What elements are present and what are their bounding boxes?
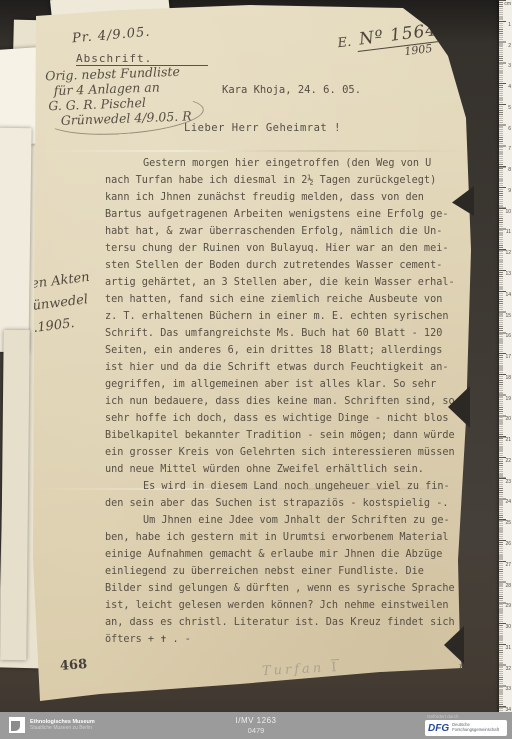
ruler-number: 26	[503, 541, 511, 547]
paper-crease	[36, 150, 466, 152]
letter-body-line: an, dass es christl. Literatur ist. Das …	[105, 614, 477, 631]
scanned-letter-photograph: Pr. 4/9.05. Abschrift. Orig. nebst Fundl…	[0, 0, 512, 739]
ruler-number: 21	[503, 437, 511, 443]
ruler-number: 32	[503, 666, 511, 672]
ruler-number: 27	[503, 562, 511, 568]
ruler-number: 8	[503, 167, 511, 173]
ruler-number: 9	[503, 188, 511, 194]
letter-body-line: artig gehärtet, an 3 Stellen aber, die k…	[105, 274, 477, 291]
letter-body-line: den sein aber das Suchen ist strapaziös …	[105, 495, 477, 512]
letter-body-line: gegriffen, im allgemeinen aber ist alles…	[105, 376, 477, 393]
letter-body-line: tersu chung der Ruinen von Bulayuq. Hier…	[105, 240, 477, 257]
letter-body-line: Bibelkapitel bekannter Tradition - sein …	[105, 427, 477, 444]
letter-body-line: einliegend zu überreichen nebst einer Fu…	[105, 563, 477, 580]
ruler-number: 28	[503, 583, 511, 589]
letter-body-line: ist hier und da die Schrift etwas durch …	[105, 359, 477, 376]
ruler-number: 25	[503, 520, 511, 526]
presentation-note-handwritten: Pr. 4/9.05.	[71, 25, 151, 47]
ruler-number: 29	[503, 603, 511, 609]
ruler-number: 7	[503, 146, 511, 152]
ruler-number: 33	[503, 686, 511, 692]
ruler-number: 12	[503, 250, 511, 256]
letter-body-line: Bartus aufgetragenen Arbeiten wenigstens…	[105, 206, 477, 223]
registry-prefix: E.	[337, 35, 352, 52]
letter-body-line: nach Turfan habe ich diesmal in 2½ Tagen…	[105, 172, 477, 189]
cm-ruler: cm12345678910111213141516171819202122232…	[499, 0, 512, 712]
letter-body-line: Bilder sind gelungen & dürften , wenn es…	[105, 580, 477, 597]
letter-body-line: kann ich Jhnen zunächst freudig melden, …	[105, 189, 477, 206]
funding-label: Gefördert durch	[427, 714, 507, 719]
pencil-note-numeral: I	[331, 660, 340, 675]
ruler-number: 30	[503, 624, 511, 630]
ruler-number: 11	[503, 229, 511, 235]
letter-body-line: und neue Mittel würden ohne Zweifel erhä…	[105, 461, 477, 478]
pencil-shelfmark-rotated: 11/1453	[473, 609, 498, 645]
paper-stack-sheet	[0, 128, 32, 352]
ruler-number: 1	[503, 22, 511, 28]
letter-body-line: ein grosser Kreis von Gelehrten sich int…	[105, 444, 477, 461]
letter-body-line: einige Aufnahmen gemacht & erlaube mir J…	[105, 546, 477, 563]
letter-body-line: sten Stellen der Boden durch zutretendes…	[105, 257, 477, 274]
salutation: Lieber Herr Geheimrat !	[184, 122, 341, 134]
ruler-number: 10	[503, 209, 511, 215]
pencil-initials: Jn	[458, 664, 468, 675]
dateline: Kara Khoja, 24. 6. 05.	[222, 84, 361, 96]
letter-body-line: z. T. erhaltenen Büchern in einer m. E. …	[105, 308, 477, 325]
ruler-number: 15	[503, 313, 511, 319]
ruler-number: 14	[503, 292, 511, 298]
ruler-unit-label: cm	[503, 1, 511, 7]
ruler-number: 22	[503, 458, 511, 464]
letter-body-line: sehr hoffe ich doch, dass es wichtige Di…	[105, 410, 477, 427]
letter-body: Gestern morgen hier eingetroffen (den We…	[105, 155, 477, 648]
ruler-number: 5	[503, 105, 511, 111]
letter-body-line: ist, leicht gelesen werden können? Jch n…	[105, 597, 477, 614]
ruler-number: 20	[503, 416, 511, 422]
dfg-acronym: DFG	[428, 723, 449, 734]
dfg-logo: DFG Deutsche Forschungsgemeinschaft	[425, 720, 507, 736]
ruler-number: 23	[503, 479, 511, 485]
ruler-number: 31	[503, 645, 511, 651]
dfg-name: Deutsche Forschungsgemeinschaft	[452, 723, 499, 732]
pencil-note-word: Turfan	[262, 661, 325, 679]
pencil-note: Turfan I	[262, 660, 340, 679]
letter-body-line: Seiten, ein anderes 6, ein drittes 18 Bl…	[105, 342, 477, 359]
ruler-number: 17	[503, 354, 511, 360]
registry-number-handwritten: E. Nº 1564 1905	[336, 20, 443, 66]
letter-body-line: ten hatten, fand sich eine ziemlich reic…	[105, 291, 477, 308]
paper-stack-sheet	[0, 330, 29, 660]
ruler-number: 13	[503, 271, 511, 277]
dfg-funding-credit: Gefördert durch DFG Deutsche Forschungsg…	[425, 714, 507, 736]
letter-body-line: habt hat, & zwar überraschenden Erfolg, …	[105, 223, 477, 240]
letter-body-line: Gestern morgen hier eingetroffen (den We…	[105, 155, 477, 172]
ruler-number: 18	[503, 375, 511, 381]
letter-body-line: Schrift. Das umfangreichste Ms. Buch hat…	[105, 325, 477, 342]
letter-body-line: ben, habe ich gestern mit in Urumtsi erw…	[105, 529, 477, 546]
letter-body-line: ich nun bedauere, dass dies keine man. S…	[105, 393, 477, 410]
letter-body-line: Um Jhnen eine Jdee vom Jnhalt der Schrif…	[105, 512, 477, 529]
letter-page: Pr. 4/9.05. Abschrift. Orig. nebst Fundl…	[0, 0, 512, 739]
ruler-number: 16	[503, 333, 511, 339]
archive-page-number: 468	[60, 657, 88, 674]
ruler-number: 19	[503, 396, 511, 402]
ruler-number: 2	[503, 43, 511, 49]
ruler-number: 3	[503, 63, 511, 69]
dfg-name-line: Forschungsgemeinschaft	[452, 728, 499, 733]
letter-body-line: öfters + ✝ . -	[105, 631, 477, 648]
letter-body-line: Es wird in diesem Land noch ungeheuer vi…	[105, 478, 477, 495]
ruler-number: 24	[503, 499, 511, 505]
ruler-number: 4	[503, 84, 511, 90]
digitization-footer-bar: Ethnologisches Museum Staatliche Museen …	[0, 712, 512, 739]
ruler-number: 6	[503, 126, 511, 132]
